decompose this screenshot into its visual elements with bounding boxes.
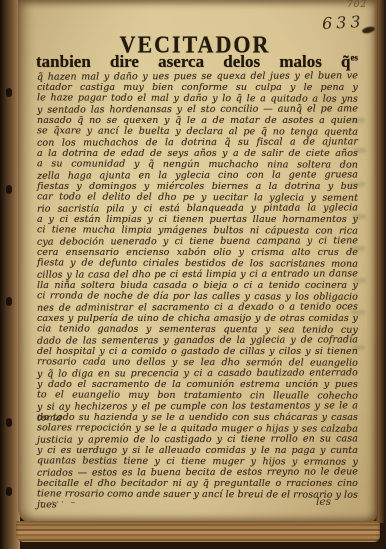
manuscript-line: a y ci están limpias y ci tienen puertas… <box>37 214 358 225</box>
manuscript-line: y sentado las hordenansas y el sto conci… <box>37 103 358 115</box>
manuscript-line: cya deboción uenerado y ci tiene buena c… <box>37 235 358 247</box>
manuscript-line: cera ensensario encienso xabón olio y cr… <box>37 247 358 258</box>
stitch-mark <box>6 297 12 306</box>
manuscript-line: q̃ hazen mal y daño y ues pues se quexa … <box>37 70 358 82</box>
manuscript-line: citador castiga muy bien conforme su cul… <box>37 82 358 93</box>
manuscript-line: lla niña soltera biuda casada o bieja o … <box>37 280 358 291</box>
fore-edge <box>374 0 386 523</box>
manuscript-line: y si ay hechizeros y el pe cumple con lo… <box>37 400 358 412</box>
stitch-mark <box>6 487 12 496</box>
manuscript-line: justicia y apremio de lo castigado y ci … <box>37 433 358 445</box>
flourish-mark: – ··· – <box>40 498 77 508</box>
folio-number-large: 633 <box>322 12 365 33</box>
manuscript-line: y dado el sacramento de la comunión estr… <box>37 379 358 390</box>
manuscript-line: y ci es uerdugo y si le alleuado comidas… <box>37 445 358 456</box>
manuscript-line: a la dotrina de edad de seys años y a de… <box>37 148 358 159</box>
manuscript-photo: 702 633 VECITADOR tanbien dire aserca de… <box>0 0 386 549</box>
folio-number-small: 702 <box>347 0 367 10</box>
stitch-mark <box>6 88 12 97</box>
manuscript-line: do todo su hazienda y se le a uendido co… <box>37 412 358 423</box>
manuscript-line: dado de las sementeras y ganados de la y… <box>37 334 358 346</box>
manuscript-line: nes de administrar el sacramento ci a de… <box>37 301 358 313</box>
page-subtitle-text: tanbien dire aserca delos malos q̃ <box>36 52 351 71</box>
manuscript-line: y q̃ lo diga en su precencia y ci a casa… <box>37 367 358 379</box>
manuscript-line: tiene rrosario como ande sauer y ancí le… <box>37 488 358 500</box>
binding-gutter <box>0 0 20 549</box>
catchword: les <box>316 496 331 508</box>
manuscript-line: rio sacristía pila y ci está blanqueada … <box>37 202 358 214</box>
manuscript-line: cillos y la casa del dho pe ci está limp… <box>37 268 358 280</box>
stitch-mark <box>6 418 12 427</box>
manuscript-line: becitalle el dho becitador ni ay q̃ preg… <box>37 478 358 489</box>
stitch-mark <box>6 185 12 194</box>
manuscript-line: zella haga ajunta en la yglecia cino con… <box>37 169 358 181</box>
manuscript-line: caxes y pulpería de uino de chicha amasi… <box>37 313 358 324</box>
manuscript-line: nasado q̃ no se quexen y q̃ le a de mata… <box>37 115 358 126</box>
manuscript-line: del hospital y ci a comido o gastado de … <box>37 346 358 357</box>
page-stack-edge <box>16 521 380 542</box>
manuscript-line: con los muchachos de la dotrina q̃ su fi… <box>37 136 358 148</box>
manuscript-line: criados — estos es la buena becita de es… <box>37 466 358 478</box>
manuscript-body: q̃ hazen mal y daño y ues pues se quexa … <box>37 71 358 500</box>
subtitle-superscript: es <box>351 52 359 62</box>
page-subtitle: tanbien dire aserca delos malos q̃es <box>36 52 358 72</box>
manuscript-line: fiestas y domingos y miércoles biernes a… <box>37 181 358 192</box>
